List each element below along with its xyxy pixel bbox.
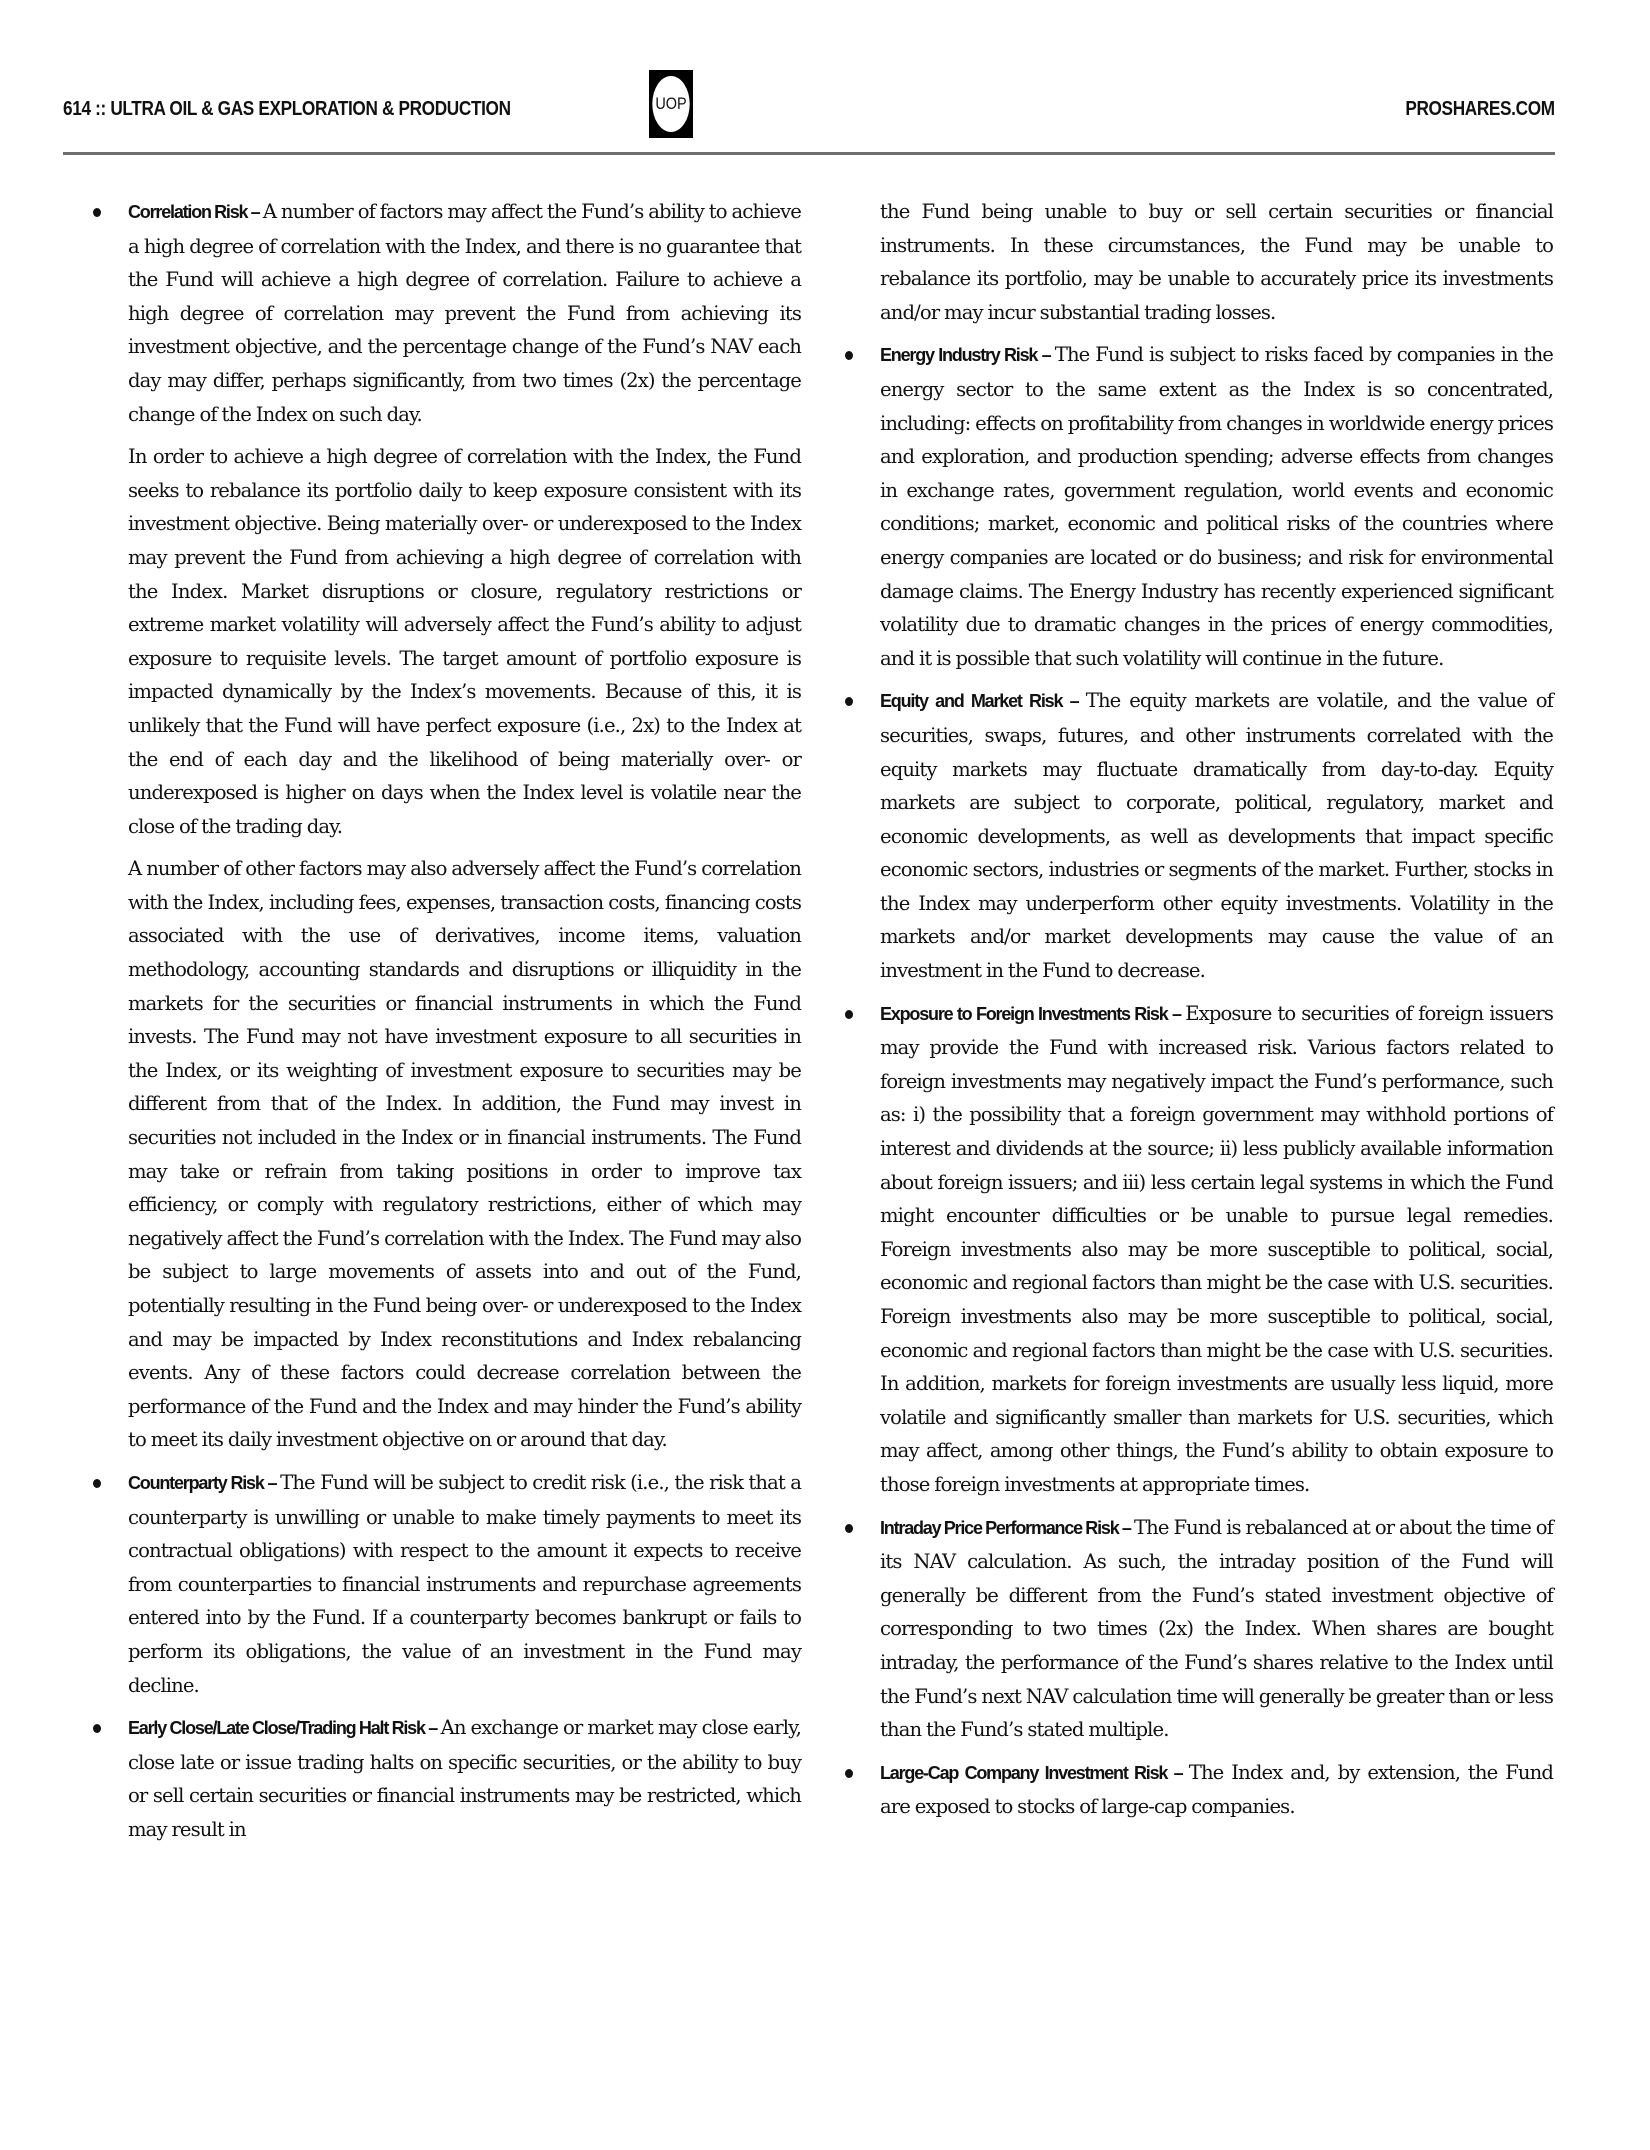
- right-column: the Fund being unable to buy or sell cer…: [880, 195, 1553, 1833]
- risk-term: Equity and Market Risk: [880, 691, 1062, 711]
- em-dash: –: [1119, 1518, 1134, 1538]
- risk-item-correlation: Correlation Risk – A number of factors m…: [128, 195, 801, 431]
- risk-text: A number of factors may affect the Fund’…: [128, 200, 801, 426]
- risk-item-intraday: Intraday Price Performance Risk – The Fu…: [880, 1511, 1553, 1747]
- risk-item-counterparty: Counterparty Risk – The Fund will be sub…: [128, 1466, 801, 1702]
- header-divider: [63, 152, 1555, 155]
- risk-text: The Fund is rebalanced at or about the t…: [880, 1516, 1553, 1742]
- risk-term: Counterparty Risk: [128, 1473, 264, 1493]
- risk-item-early-close: Early Close/Late Close/Trading Halt Risk…: [128, 1711, 801, 1846]
- risk-term: Exposure to Foreign Investments Risk: [880, 1004, 1168, 1024]
- em-dash: –: [247, 202, 262, 222]
- risk-text: The Fund is subject to risks faced by co…: [880, 343, 1553, 669]
- risk-text: The equity markets are volatile, and the…: [880, 689, 1553, 982]
- separator: ::: [95, 98, 106, 120]
- page-number: 614: [63, 98, 91, 120]
- risk-term: Early Close/Late Close/Trading Halt Risk: [128, 1718, 425, 1738]
- risk-item-equity-market: Equity and Market Risk – The equity mark…: [880, 684, 1553, 987]
- running-head: 614 :: ULTRA OIL & GAS EXPLORATION & PRO…: [63, 98, 511, 121]
- em-dash: –: [264, 1473, 280, 1493]
- em-dash: –: [1037, 345, 1055, 365]
- risk-item-foreign-investments: Exposure to Foreign Investments Risk – E…: [880, 997, 1553, 1502]
- early-close-continuation: the Fund being unable to buy or sell cer…: [880, 195, 1553, 329]
- em-dash: –: [1168, 1004, 1186, 1024]
- correlation-paragraph-3: A number of other factors may also adver…: [128, 852, 801, 1457]
- fund-title: ULTRA OIL & GAS EXPLORATION & PRODUCTION: [110, 98, 510, 120]
- risk-term: Energy Industry Risk: [880, 345, 1037, 365]
- risk-term: Intraday Price Performance Risk: [880, 1518, 1119, 1538]
- risk-term: Correlation Risk: [128, 202, 247, 222]
- website-link[interactable]: PROSHARES.COM: [1406, 98, 1555, 121]
- correlation-paragraph-2: In order to achieve a high degree of cor…: [128, 440, 801, 843]
- em-dash: –: [1167, 1763, 1189, 1783]
- em-dash: –: [1062, 691, 1086, 711]
- ticker-label: UOP: [655, 94, 686, 114]
- ticker-circle-icon: UOP: [652, 76, 689, 132]
- risk-text: The Fund will be subject to credit risk …: [128, 1471, 801, 1697]
- risk-term: Large-Cap Company Investment Risk: [880, 1763, 1167, 1783]
- risk-item-energy-industry: Energy Industry Risk – The Fund is subje…: [880, 338, 1553, 675]
- risk-text: Exposure to securities of foreign issuer…: [880, 1002, 1553, 1496]
- em-dash: –: [425, 1718, 441, 1738]
- risk-item-large-cap: Large-Cap Company Investment Risk – The …: [880, 1756, 1553, 1824]
- left-column: Correlation Risk – A number of factors m…: [128, 195, 801, 1856]
- ticker-badge: UOP: [649, 70, 693, 138]
- page-header: 614 :: ULTRA OIL & GAS EXPLORATION & PRO…: [63, 88, 1555, 148]
